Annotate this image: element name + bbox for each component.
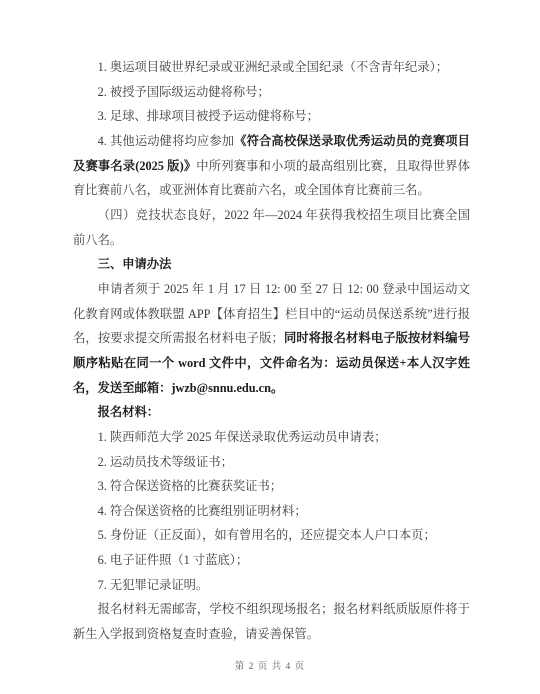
para-condition-four: （四）竞技状态良好，2022 年—2024 年获得我校招生项目比赛全国前八名。 — [73, 203, 470, 252]
eligibility-item-4: 4. 其他运动健将均应参加《符合高校保送录取优秀运动员的竞赛项目及赛事名录(20… — [73, 129, 470, 203]
material-item-3: 3. 符合保送资格的比赛获奖证书； — [73, 474, 470, 499]
eligibility-item-1: 1. 奥运项目破世界纪录或亚洲纪录或全国纪录（不含青年纪录）； — [73, 55, 470, 80]
material-item-4: 4. 符合保送资格的比赛组别证明材料； — [73, 499, 470, 524]
document-body: 1. 奥运项目破世界纪录或亚洲纪录或全国纪录（不含青年纪录）； 2. 被授予国际… — [73, 55, 470, 647]
eligibility-item-2: 2. 被授予国际级运动健将称号； — [73, 80, 470, 105]
material-item-1: 1. 陕西师范大学 2025 年保送录取优秀运动员申请表； — [73, 425, 470, 450]
material-item-2: 2. 运动员技术等级证书； — [73, 450, 470, 475]
material-item-5: 5. 身份证（正反面），如有曾用名的，还应提交本人户口本页； — [73, 523, 470, 548]
material-item-7: 7. 无犯罪记录证明。 — [73, 573, 470, 598]
eligibility-item-3: 3. 足球、排球项目被授予运动健将称号； — [73, 104, 470, 129]
closing-para: 报名材料无需邮寄，学校不组织现场报名；报名材料纸质版原件将于新生入学报到资格复查… — [73, 597, 470, 646]
application-procedure-para: 申请者须于 2025 年 1 月 17 日 12: 00 至 27 日 12: … — [73, 277, 470, 400]
section-heading-application-method: 三、申请办法 — [73, 252, 470, 277]
eligibility-item-4-lead: 4. 其他运动健将均应参加 — [98, 134, 235, 148]
document-page: 1. 奥运项目破世界纪录或亚洲纪录或全国纪录（不含青年纪录）； 2. 被授予国际… — [0, 0, 540, 694]
material-item-6: 6. 电子证件照（1 寸蓝底）； — [73, 548, 470, 573]
materials-heading: 报名材料： — [73, 400, 470, 425]
page-number: 第 2 页 共 4 页 — [0, 658, 540, 672]
